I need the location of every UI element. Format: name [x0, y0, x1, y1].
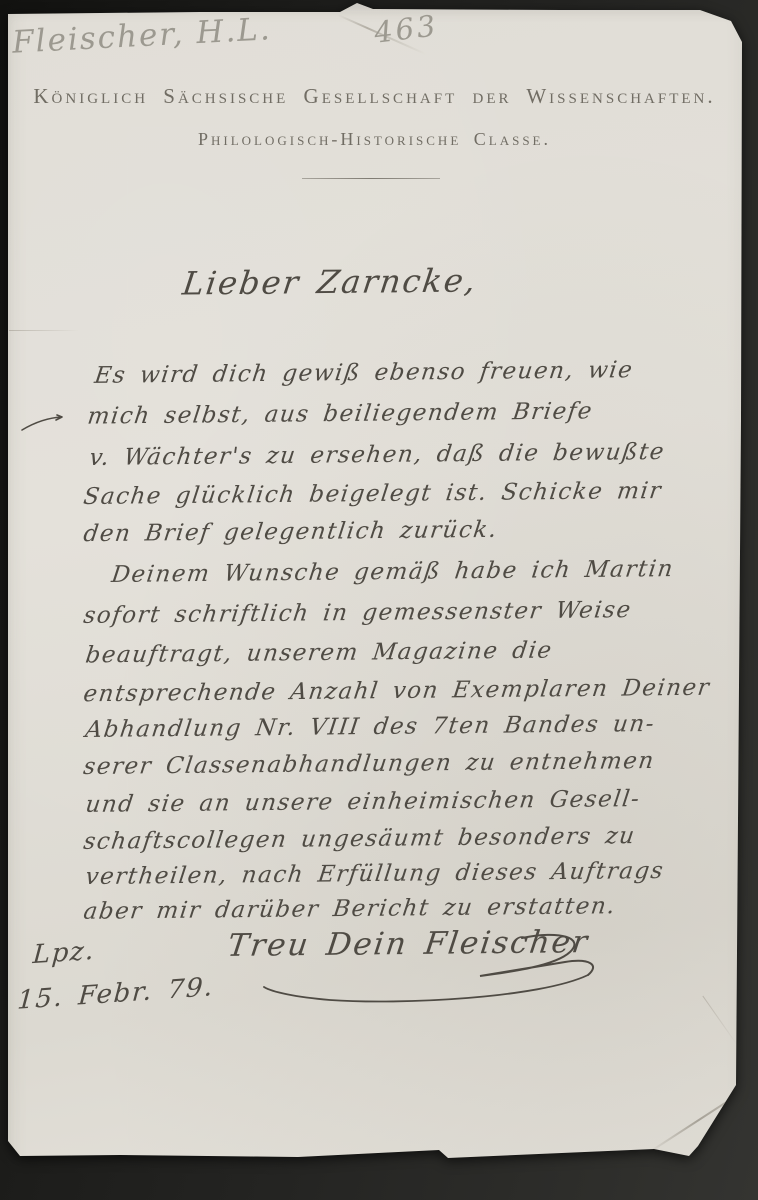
archivist-name-annotation: Fleischer, H.L.: [11, 11, 272, 61]
handwriting-line: Es wird dich gewiß ebenso freuen, wie: [93, 357, 635, 389]
paper-crease: [702, 996, 737, 1046]
handwriting-line: Sache glücklich beigelegt ist. Schicke m…: [82, 478, 664, 510]
handwriting-line: vertheilen, nach Erfüllung dieses Auftra…: [84, 858, 666, 890]
handwriting-line: sofort schriftlich in gemessenster Weise: [82, 597, 633, 629]
handwriting-line: schaftscollegen ungesäumt besonders zu: [82, 823, 637, 855]
handwriting-line: und sie an unsere einheimischen Gesell-: [84, 786, 642, 818]
signature-line: Treu Dein Fleischer: [225, 924, 591, 964]
handwriting-line: Deinem Wunsche gemäß habe ich Martin: [110, 556, 676, 588]
handwriting-line: v. Wächter's zu ersehen, daß die bewußte: [88, 439, 667, 471]
handwriting-line: entsprechende Anzahl von Exemplaren Dein…: [82, 675, 712, 708]
signature-flourish: [264, 975, 588, 1002]
margin-stroke: [22, 415, 62, 430]
handwriting-line: den Brief gelegentlich zurück.: [82, 517, 499, 547]
folio-number-annotation: 463: [372, 8, 440, 50]
handwriting-line: Abhandlung Nr. VIII des 7ten Bandes un-: [84, 711, 657, 743]
date-line: 15. Febr. 79.: [16, 972, 215, 1016]
letter-page: Fleischer, H.L. 463 Königlich Sächsische…: [0, 0, 758, 1200]
handwriting-line: aber mir darüber Bericht zu erstatten.: [82, 893, 618, 925]
scan-backdrop: Fleischer, H.L. 463 Königlich Sächsische…: [0, 0, 758, 1200]
letterhead-rule: [302, 178, 440, 179]
paper-crease: [9, 330, 79, 331]
place-abbreviation: Lpz.: [32, 936, 96, 970]
paper-fold-crease: [647, 1087, 749, 1154]
salutation: Lieber Zarncke,: [180, 261, 479, 302]
handwriting-line: mich selbst, aus beiliegendem Briefe: [86, 398, 595, 429]
letterhead-class-name: Philologisch-Historische Classe.: [8, 129, 741, 150]
letter-page-wrapper: Fleischer, H.L. 463 Königlich Sächsische…: [0, 0, 758, 1200]
letterhead-society-name: Königlich Sächsische Gesellschaft der Wi…: [8, 84, 741, 109]
handwriting-line: serer Classenabhandlungen zu entnehmen: [82, 748, 657, 780]
handwriting-line: beauftragt, unserem Magazine die: [84, 638, 554, 669]
